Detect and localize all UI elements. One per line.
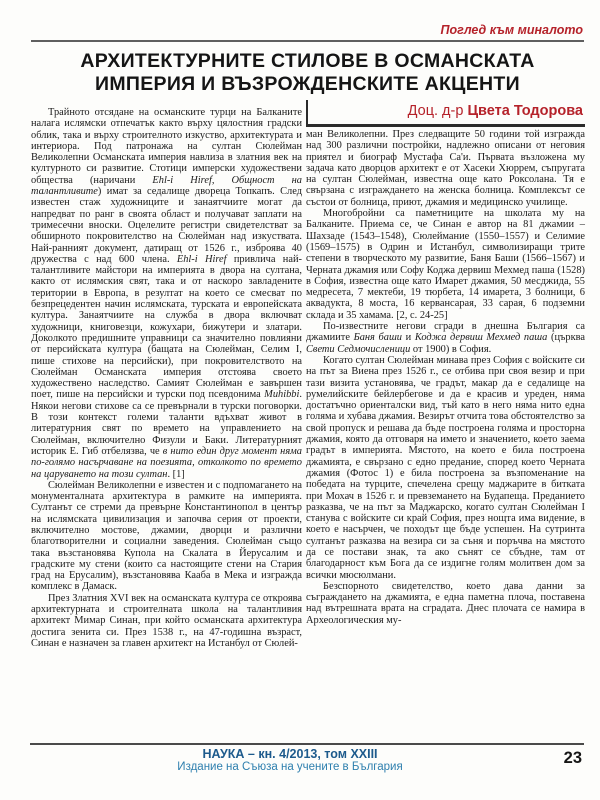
article-title-line-2: ИМПЕРИЯ И ВЪЗРОЖДЕНСКИТЕ АКЦЕНТИ [30, 73, 585, 96]
journal-page: Поглед към миналото АРХИТЕКТУРНИТЕ СТИЛО… [0, 0, 600, 800]
paragraph: Сюлейман Великолепни е известен и с подп… [31, 480, 302, 593]
footer-journal-line: НАУКА – кн. 4/2013, том XXIII [30, 747, 550, 761]
paragraph: Трайното отсядане на османските турци на… [31, 107, 302, 480]
paragraph: Безспорното свидетелство, което дава дан… [306, 581, 585, 626]
header-rule [31, 40, 584, 42]
paragraph: По-известните негови сгради в днешна Бъл… [306, 321, 585, 355]
right-column: ман Великолепни. През следващите 50 годи… [306, 129, 585, 626]
paragraph: Когато султан Сюлейман минава през София… [306, 355, 585, 581]
paragraph: През Златния XVI век на османската култу… [31, 593, 302, 649]
paragraph: Многобройни са паметниците на школата му… [306, 208, 585, 321]
footer-rule [30, 743, 584, 745]
page-number: 23 [564, 749, 582, 768]
article-title-line-1: АРХИТЕКТУРНИТЕ СТИЛОВЕ В ОСМАНСКАТА [30, 50, 585, 73]
footer-publisher-line: Издание на Съюза на учените в България [30, 761, 550, 774]
author-prefix: Доц. д-р [408, 103, 468, 119]
footer-block: НАУКА – кн. 4/2013, том XXIII Издание на… [30, 747, 550, 774]
paragraph: ман Великолепни. През следващите 50 годи… [306, 129, 585, 208]
author-name: Цвета Тодорова [467, 103, 583, 119]
left-column: Трайното отсядане на османските турци на… [31, 107, 302, 649]
section-tagline: Поглед към миналото [441, 23, 583, 37]
author-block: Доц. д-р Цвета Тодорова [306, 100, 585, 127]
article-title: АРХИТЕКТУРНИТЕ СТИЛОВЕ В ОСМАНСКАТА ИМПЕ… [30, 50, 585, 96]
